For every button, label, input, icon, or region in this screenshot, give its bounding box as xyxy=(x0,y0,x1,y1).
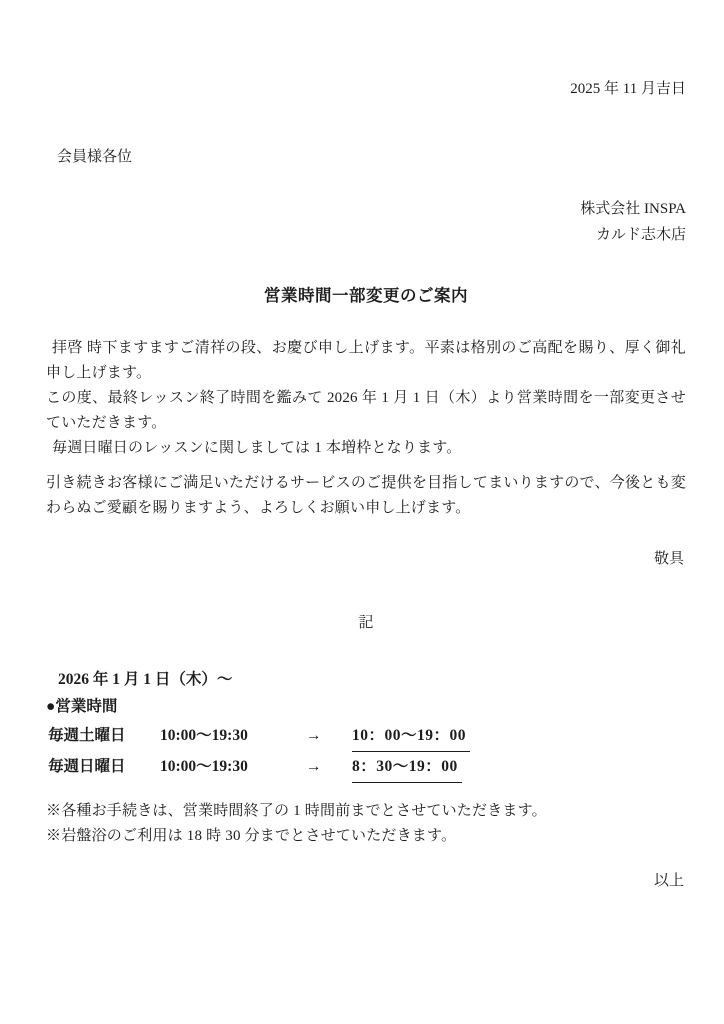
schedule-new-hours: 10：00～19：00 xyxy=(352,722,470,752)
closing-word: 敬具 xyxy=(46,548,686,570)
change-paragraph: この度、最終レッスン終了時間を鑑みて 2026 年 1 月 1 日（木）より営業… xyxy=(46,386,686,436)
end-marker: 以上 xyxy=(46,870,686,892)
schedule-old-hours: 10:00～19:30 xyxy=(160,753,306,781)
letter-page: 2025 年 11 月吉日 会員様各位 株式会社 INSPA カルド志木店 営業… xyxy=(0,0,724,1024)
arrow-icon: → xyxy=(306,722,352,750)
note-procedures: ※各種お手続きは、営業時間終了の 1 時間前までとさせていただきます。 xyxy=(46,799,686,824)
business-hours-heading: ●営業時間 xyxy=(46,693,686,721)
record-marker: 記 xyxy=(46,612,686,634)
effective-date: 2026 年 1 月 1 日（木）～ xyxy=(46,667,686,693)
schedule-day: 毎週日曜日 xyxy=(48,753,160,781)
recipient-line: 会員様各位 xyxy=(46,146,686,168)
schedule-new-hours: 8：30～19：00 xyxy=(352,753,462,783)
letter-body: 拝啓 時下ますますご清祥の段、お慶び申し上げます。平素は格別のご高配を賜り、厚く… xyxy=(46,336,686,521)
schedule-old-hours: 10:00～19:30 xyxy=(160,722,306,750)
thanks-paragraph: 引き続きお客様にご満足いただけるサービスのご提供を目指してまいりますので、今後と… xyxy=(46,471,686,521)
document-title: 営業時間一部変更のご案内 xyxy=(46,284,686,308)
sender-branch: カルド志木店 xyxy=(46,222,686,248)
sender-company: 株式会社 INSPA xyxy=(46,196,686,222)
notes-block: ※各種お手続きは、営業時間終了の 1 時間前までとさせていただきます。 ※岩盤浴… xyxy=(46,799,686,849)
schedule-row-saturday: 毎週土曜日 10:00～19:30 → 10：00～19：00 xyxy=(46,722,686,752)
document-date: 2025 年 11 月吉日 xyxy=(46,78,686,100)
lesson-paragraph: 毎週日曜日のレッスンに関しましては 1 本増枠となります。 xyxy=(46,436,686,461)
schedule-day: 毎週土曜日 xyxy=(48,722,160,750)
greeting-paragraph: 拝啓 時下ますますご清祥の段、お慶び申し上げます。平素は格別のご高配を賜り、厚く… xyxy=(46,336,686,386)
schedule-row-sunday: 毎週日曜日 10:00～19:30 → 8：30～19：00 xyxy=(46,753,686,783)
sender-block: 株式会社 INSPA カルド志木店 xyxy=(46,196,686,248)
arrow-icon: → xyxy=(306,753,352,781)
note-ganbanyoku: ※岩盤浴のご利用は 18 時 30 分までとさせていただきます。 xyxy=(46,824,686,849)
